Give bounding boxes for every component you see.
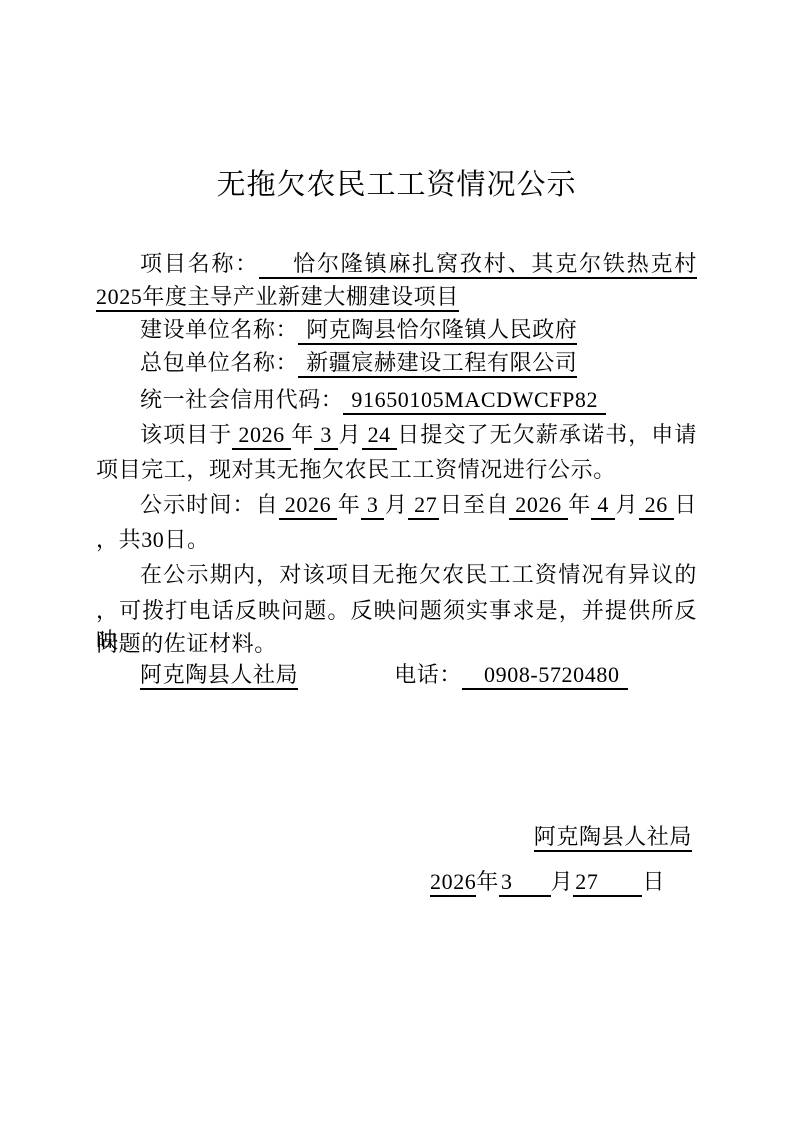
contractor-line: 总包单位名称：新疆宸赫建设工程有限公司: [96, 348, 697, 378]
day-unit: 日: [642, 869, 665, 894]
document-page: 无拖欠农民工工资情况公示 项目名称：恰尔隆镇麻扎窝孜村、其克尔铁热克村 2025…: [0, 0, 793, 1122]
project-name-line: 项目名称：恰尔隆镇麻扎窝孜村、其克尔铁热克村: [96, 249, 697, 279]
publicity-period-line1: 公示时间：自2026年3月27日至自2026年4月26日: [96, 490, 697, 520]
signature-month: 3: [499, 869, 551, 897]
contractor-label: 总包单位名称：: [140, 350, 298, 375]
objection-line1: 在公示期内，对该项目无拖欠农民工工资情况有异议的: [96, 560, 697, 590]
objection-line3-text: 问题的佐证材料。: [96, 631, 277, 656]
phone-number: 0908-5720480: [462, 662, 628, 690]
publicity-duration-text: ，共30日。: [96, 527, 210, 552]
year-unit: 年: [337, 492, 361, 517]
commitment-suffix: 日提交了无欠薪承诺书，申请: [397, 422, 697, 447]
credit-code-line: 统一社会信用代码：91650105MACDWCFP82: [96, 385, 697, 415]
document-title: 无拖欠农民工工资情况公示: [0, 166, 793, 204]
commitment-year: 2026: [232, 422, 290, 450]
publicity-start-month: 3: [361, 492, 385, 520]
project-name-value-line1: 恰尔隆镇麻扎窝孜村、其克尔铁热克村: [259, 251, 697, 279]
contact-agency: 阿克陶县人社局: [140, 662, 298, 690]
contractor-value: 新疆宸赫建设工程有限公司: [298, 350, 577, 378]
credit-code-value: 91650105MACDWCFP82: [343, 387, 606, 415]
commitment-line1: 该项目于2026年3月24日提交了无欠薪承诺书，申请: [96, 420, 697, 450]
objection-line1-text: 在公示期内，对该项目无拖欠农民工工资情况有异议的: [140, 562, 697, 587]
signature-agency: 阿克陶县人社局: [534, 824, 692, 852]
publicity-end-day: 26: [639, 492, 674, 520]
builder-label: 建设单位名称：: [140, 317, 298, 342]
signature-date-line: 2026年3月27日: [430, 867, 665, 897]
month-unit: 月: [615, 492, 639, 517]
publicity-end-month: 4: [591, 492, 615, 520]
signature-year: 2026: [430, 869, 476, 897]
project-name-label: 项目名称：: [140, 251, 259, 276]
phone-label: 电话：: [394, 662, 462, 687]
builder-line: 建设单位名称：阿克陶县恰尔隆镇人民政府: [96, 315, 697, 345]
month-unit: 月: [551, 869, 574, 894]
year-unit: 年: [568, 492, 592, 517]
publicity-period-line2: ，共30日。: [96, 525, 697, 555]
project-name-line2: 2025年度主导产业新建大棚建设项目: [96, 282, 697, 312]
month-unit: 月: [338, 422, 362, 447]
publicity-end-year: 2026: [509, 492, 567, 520]
contact-line: 阿克陶县人社局电话：0908-5720480: [96, 660, 697, 690]
signature-agency-line: 阿克陶县人社局: [534, 822, 692, 852]
commitment-day: 24: [362, 422, 397, 450]
commitment-line2: 项目完工，现对其无拖欠农民工工资情况进行公示。: [96, 455, 697, 485]
builder-value: 阿克陶县恰尔隆镇人民政府: [298, 317, 577, 345]
project-name-value-line2: 2025年度主导产业新建大棚建设项目: [96, 284, 459, 312]
publicity-mid: 日至自: [439, 492, 509, 517]
commitment-prefix: 该项目于: [140, 422, 232, 447]
objection-line3: 问题的佐证材料。: [96, 629, 697, 659]
publicity-start-year: 2026: [279, 492, 337, 520]
credit-code-label: 统一社会信用代码：: [140, 387, 343, 412]
publicity-start-day: 27: [408, 492, 439, 520]
commitment-month: 3: [314, 422, 338, 450]
publicity-prefix: 公示时间：自: [140, 492, 279, 517]
commitment-line2-text: 项目完工，现对其无拖欠农民工工资情况进行公示。: [96, 457, 616, 482]
year-unit: 年: [476, 869, 499, 894]
year-unit: 年: [291, 422, 315, 447]
day-unit: 日: [674, 492, 697, 517]
signature-day: 27: [573, 869, 642, 897]
month-unit: 月: [384, 492, 408, 517]
